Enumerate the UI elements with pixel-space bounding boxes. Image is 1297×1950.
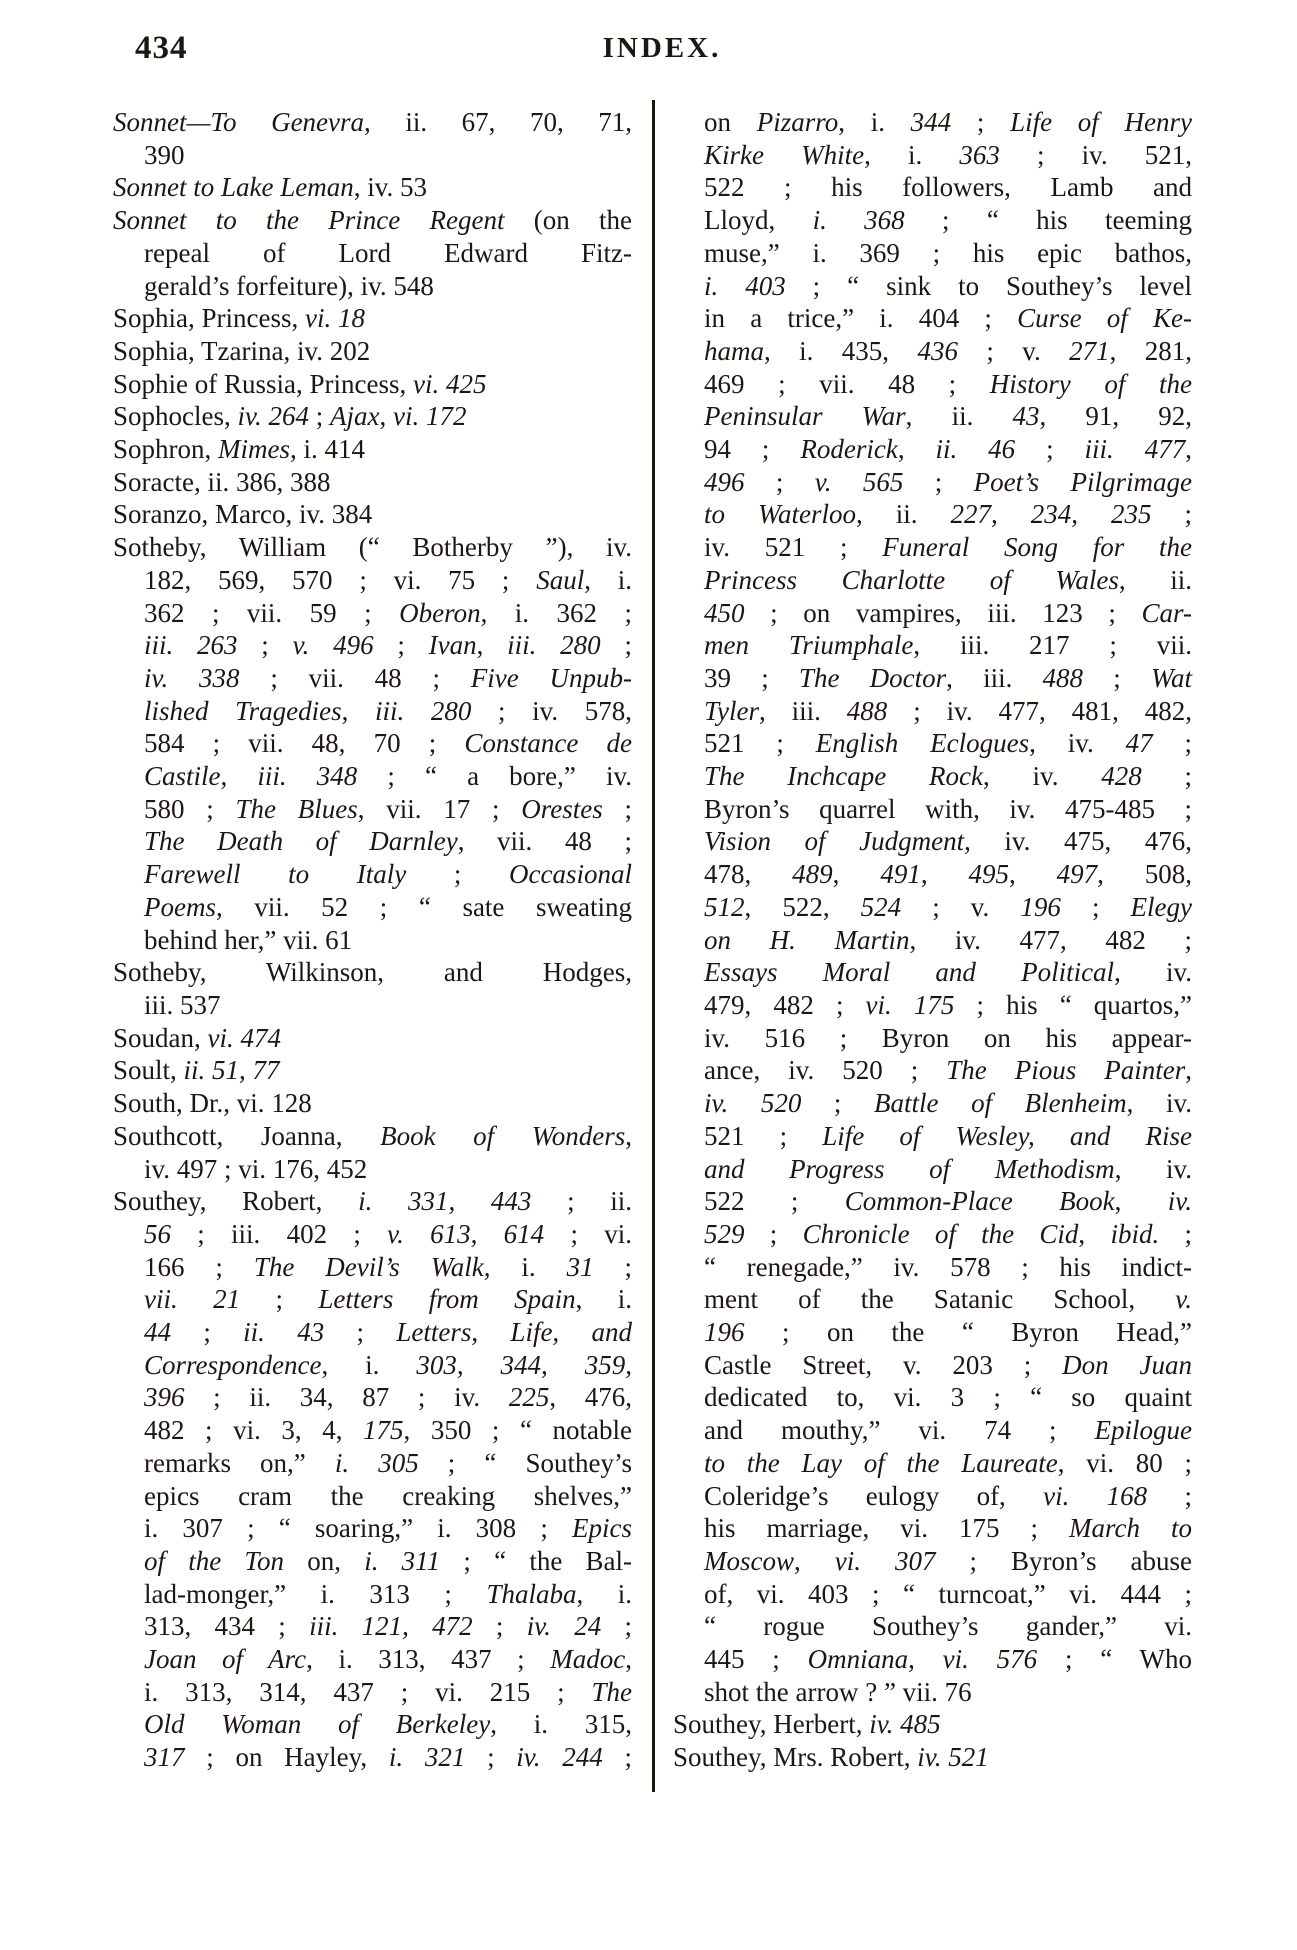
index-line: 39 ; The Doctor, iii. 488 ; Wat xyxy=(673,662,1192,695)
index-line: 529 ; Chronicle of the Cid, ibid. ; xyxy=(673,1218,1192,1251)
index-line: remarks on,” i. 305 ; “ Southey’s xyxy=(113,1447,632,1480)
index-line: iv. 497 ; vi. 176, 452 xyxy=(113,1153,632,1186)
index-line: Southey, Herbert, iv. 485 xyxy=(673,1708,1192,1741)
index-line: Lloyd, i. 368 ; “ his teeming xyxy=(673,204,1192,237)
index-line: 196 ; on the “ Byron Head,” xyxy=(673,1316,1192,1349)
index-line: Sonnet—To Genevra, ii. 67, 70, 71, xyxy=(113,106,632,139)
index-line: Sophocles, iv. 264 ; Ajax, vi. 172 xyxy=(113,400,632,433)
index-line: Poems, vii. 52 ; “ sate sweating xyxy=(113,891,632,924)
index-line: 580 ; The Blues, vii. 17 ; Orestes ; xyxy=(113,793,632,826)
index-line: South, Dr., vi. 128 xyxy=(113,1087,632,1120)
index-line: Southey, Robert, i. 331, 443 ; ii. xyxy=(113,1185,632,1218)
index-line: epics cram the creaking shelves,” xyxy=(113,1480,632,1513)
index-line: iv. 516 ; Byron on his appear- xyxy=(673,1022,1192,1055)
index-line: gerald’s forfeiture), iv. 548 xyxy=(113,270,632,303)
index-line: iii. 537 xyxy=(113,989,632,1022)
index-page: 434 INDEX. Sonnet—To Genevra, ii. 67, 70… xyxy=(0,0,1297,1950)
index-line: 94 ; Roderick, ii. 46 ; iii. 477, xyxy=(673,433,1192,466)
index-line: 521 ; Life of Wesley, and Rise xyxy=(673,1120,1192,1153)
index-line: lad-monger,” i. 313 ; Thalaba, i. xyxy=(113,1578,632,1611)
index-line: hama, i. 435, 436 ; v. 271, 281, xyxy=(673,335,1192,368)
index-line: Correspondence, i. 303, 344, 359, xyxy=(113,1349,632,1382)
index-line: Old Woman of Berkeley, i. 315, xyxy=(113,1708,632,1741)
index-line: Coleridge’s eulogy of, vi. 168 ; xyxy=(673,1480,1192,1513)
index-line: 313, 434 ; iii. 121, 472 ; iv. 24 ; xyxy=(113,1610,632,1643)
index-line: Vision of Judgment, iv. 475, 476, xyxy=(673,825,1192,858)
index-line: 522 ; his followers, Lamb and xyxy=(673,171,1192,204)
index-line: 182, 569, 570 ; vi. 75 ; Saul, i. xyxy=(113,564,632,597)
index-line: Sotheby, William (“ Botherby ”), iv. xyxy=(113,531,632,564)
index-line: 396 ; ii. 34, 87 ; iv. 225, 476, xyxy=(113,1381,632,1414)
index-line: 450 ; on vampires, iii. 123 ; Car- xyxy=(673,597,1192,630)
index-line: “ renegade,” iv. 578 ; his indict- xyxy=(673,1251,1192,1284)
index-line: ment of the Satanic School, v. xyxy=(673,1283,1192,1316)
index-line: 479, 482 ; vi. 175 ; his “ quartos,” xyxy=(673,989,1192,1022)
left-column: Sonnet—To Genevra, ii. 67, 70, 71,390Son… xyxy=(113,106,632,1774)
index-line: and Progress of Methodism, iv. xyxy=(673,1153,1192,1186)
index-line: Soranzo, Marco, iv. 384 xyxy=(113,498,632,531)
index-line: 512, 522, 524 ; v. 196 ; Elegy xyxy=(673,891,1192,924)
index-line: 390 xyxy=(113,139,632,172)
index-line: 317 ; on Hayley, i. 321 ; iv. 244 ; xyxy=(113,1741,632,1774)
index-line: 482 ; vi. 3, 4, 175, 350 ; “ notable xyxy=(113,1414,632,1447)
index-line: 496 ; v. 565 ; Poet’s Pilgrimage xyxy=(673,466,1192,499)
index-line: behind her,” vii. 61 xyxy=(113,924,632,957)
index-line: i. 403 ; “ sink to Southey’s level xyxy=(673,270,1192,303)
index-line: dedicated to, vi. 3 ; “ so quaint xyxy=(673,1381,1192,1414)
index-line: Joan of Arc, i. 313, 437 ; Madoc, xyxy=(113,1643,632,1676)
index-line: Sophia, Princess, vi. 18 xyxy=(113,302,632,335)
index-line: 478, 489, 491, 495, 497, 508, xyxy=(673,858,1192,891)
index-line: 445 ; Omniana, vi. 576 ; “ Who xyxy=(673,1643,1192,1676)
index-line: 56 ; iii. 402 ; v. 613, 614 ; vi. xyxy=(113,1218,632,1251)
index-line: Sonnet to Lake Leman, iv. 53 xyxy=(113,171,632,204)
index-line: Southcott, Joanna, Book of Wonders, xyxy=(113,1120,632,1153)
index-line: 469 ; vii. 48 ; History of the xyxy=(673,368,1192,401)
index-line: repeal of Lord Edward Fitz- xyxy=(113,237,632,270)
index-line: 584 ; vii. 48, 70 ; Constance de xyxy=(113,727,632,760)
index-line: Princess Charlotte of Wales, ii. xyxy=(673,564,1192,597)
index-line: The Death of Darnley, vii. 48 ; xyxy=(113,825,632,858)
index-line: Sonnet to the Prince Regent (on the xyxy=(113,204,632,237)
index-line: to the Lay of the Laureate, vi. 80 ; xyxy=(673,1447,1192,1480)
index-line: Castle Street, v. 203 ; Don Juan xyxy=(673,1349,1192,1382)
index-line: of the Ton on, i. 311 ; “ the Bal- xyxy=(113,1545,632,1578)
index-line: vii. 21 ; Letters from Spain, i. xyxy=(113,1283,632,1316)
index-line: to Waterloo, ii. 227, 234, 235 ; xyxy=(673,498,1192,531)
page-title: INDEX. xyxy=(603,32,722,65)
index-line: Sophie of Russia, Princess, vi. 425 xyxy=(113,368,632,401)
index-line: Sophron, Mimes, i. 414 xyxy=(113,433,632,466)
index-line: 521 ; English Eclogues, iv. 47 ; xyxy=(673,727,1192,760)
page-number: 434 xyxy=(135,30,188,67)
index-line: iv. 338 ; vii. 48 ; Five Unpub- xyxy=(113,662,632,695)
index-line: Peninsular War, ii. 43, 91, 92, xyxy=(673,400,1192,433)
column-divider xyxy=(652,100,655,1792)
index-line: iii. 263 ; v. 496 ; Ivan, iii. 280 ; xyxy=(113,629,632,662)
index-line: i. 313, 314, 437 ; vi. 215 ; The xyxy=(113,1676,632,1709)
index-line: Soudan, vi. 474 xyxy=(113,1022,632,1055)
index-line: muse,” i. 369 ; his epic bathos, xyxy=(673,237,1192,270)
index-line: Moscow, vi. 307 ; Byron’s abuse xyxy=(673,1545,1192,1578)
index-line: Farewell to Italy ; Occasional xyxy=(113,858,632,891)
index-line: 522 ; Common-Place Book, iv. xyxy=(673,1185,1192,1218)
index-line: Soult, ii. 51, 77 xyxy=(113,1054,632,1087)
index-line: ance, iv. 520 ; The Pious Painter, xyxy=(673,1054,1192,1087)
index-line: Tyler, iii. 488 ; iv. 477, 481, 482, xyxy=(673,695,1192,728)
index-line: 362 ; vii. 59 ; Oberon, i. 362 ; xyxy=(113,597,632,630)
index-line: Soracte, ii. 386, 388 xyxy=(113,466,632,499)
index-line: on H. Martin, iv. 477, 482 ; xyxy=(673,924,1192,957)
index-line: Byron’s quarrel with, iv. 475-485 ; xyxy=(673,793,1192,826)
index-line: on Pizarro, i. 344 ; Life of Henry xyxy=(673,106,1192,139)
index-line: i. 307 ; “ soaring,” i. 308 ; Epics xyxy=(113,1512,632,1545)
index-line: shot the arrow ? ” vii. 76 xyxy=(673,1676,1192,1709)
index-line: Essays Moral and Political, iv. xyxy=(673,956,1192,989)
right-column: on Pizarro, i. 344 ; Life of HenryKirke … xyxy=(673,106,1192,1774)
index-line: his marriage, vi. 175 ; March to xyxy=(673,1512,1192,1545)
index-line: Sotheby, Wilkinson, and Hodges, xyxy=(113,956,632,989)
index-line: Kirke White, i. 363 ; iv. 521, xyxy=(673,139,1192,172)
index-line: iv. 520 ; Battle of Blenheim, iv. xyxy=(673,1087,1192,1120)
index-line: iv. 521 ; Funeral Song for the xyxy=(673,531,1192,564)
index-line: men Triumphale, iii. 217 ; vii. xyxy=(673,629,1192,662)
index-line: Castile, iii. 348 ; “ a bore,” iv. xyxy=(113,760,632,793)
index-line: Sophia, Tzarina, iv. 202 xyxy=(113,335,632,368)
index-line: Southey, Mrs. Robert, iv. 521 xyxy=(673,1741,1192,1774)
index-line: and mouthy,” vi. 74 ; Epilogue xyxy=(673,1414,1192,1447)
index-line: lished Tragedies, iii. 280 ; iv. 578, xyxy=(113,695,632,728)
index-line: 166 ; The Devil’s Walk, i. 31 ; xyxy=(113,1251,632,1284)
index-line: 44 ; ii. 43 ; Letters, Life, and xyxy=(113,1316,632,1349)
index-line: The Inchcape Rock, iv. 428 ; xyxy=(673,760,1192,793)
index-line: “ rogue Southey’s gander,” vi. xyxy=(673,1610,1192,1643)
index-line: in a trice,” i. 404 ; Curse of Ke- xyxy=(673,302,1192,335)
index-line: of, vi. 403 ; “ turncoat,” vi. 444 ; xyxy=(673,1578,1192,1611)
